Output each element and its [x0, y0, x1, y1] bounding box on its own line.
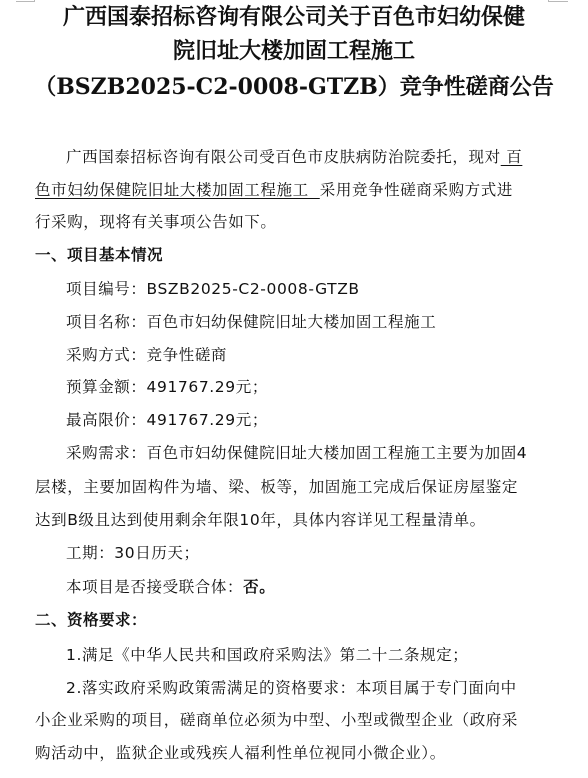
field-label: 采购方式： [66, 346, 147, 364]
field-value: 百色市妇幼保健院旧址大楼加固工程施工 [147, 313, 437, 331]
crop-mark-top-left-v [34, 0, 35, 2]
field-label: 本项目是否接受联合体： [66, 578, 243, 596]
intro-text: 采用竞争性磋商采购方式进 [320, 181, 513, 199]
requirement-line-1: 采购需求：百色市妇幼保健院旧址大楼加固工程施工主要为加固4 [66, 443, 586, 463]
requirement-line-2: 层楼，主要加固构件为墙、梁、板等，加固施工完成后保证房屋鉴定 [35, 477, 555, 497]
project-name-underlined: 百 [501, 148, 523, 166]
field-value: 491767.29元； [147, 411, 268, 429]
section-heading-basic-info: 一、项目基本情况 [35, 245, 555, 265]
field-value: 否。 [243, 578, 275, 596]
intro-line-2: 色市妇幼保健院旧址大楼加固工程施工 采用竞争性磋商采购方式进 [35, 180, 555, 200]
field-consortium: 本项目是否接受联合体：否。 [66, 577, 586, 597]
field-procurement-method: 采购方式：竞争性磋商 [66, 345, 586, 365]
intro-line-3: 行采购，现将有关事项公告如下。 [35, 212, 555, 232]
field-duration: 工期：30日历天； [66, 543, 586, 563]
crop-mark-top-right-h [548, 1, 568, 2]
requirement-line-3: 达到B级且达到使用剩余年限10年，具体内容详见工程量清单。 [35, 510, 555, 530]
qualification-item-2-line-2: 小企业采购的项目，磋商单位必须为中型、小型或微型企业（政府采 [35, 710, 555, 730]
qualification-item-2-line-3: 购活动中，监狱企业或残疾人福利性单位视同小微企业）。 [35, 743, 555, 763]
field-value: 竞争性磋商 [147, 346, 228, 364]
project-name-underlined: 色市妇幼保健院旧址大楼加固工程施工 [35, 181, 320, 199]
field-label: 最高限价： [66, 411, 147, 429]
field-value: BSZB2025-C2-0008-GTZB [147, 280, 360, 298]
field-label: 预算金额： [66, 378, 147, 396]
field-value: 491767.29元； [147, 378, 268, 396]
section-heading-qualifications: 二、资格要求： [35, 610, 555, 630]
document-title-line-3: （BSZB2025-C2-0008-GTZB）竞争性磋商公告 [0, 75, 588, 99]
crop-mark-top-left-h [16, 1, 35, 2]
field-label: 项目编号： [66, 280, 147, 298]
qualification-item-2-line-1: 2.落实政府采购政策需满足的资格要求：本项目属于专门面向中 [66, 678, 586, 698]
intro-line-1: 广西国泰招标咨询有限公司受百色市皮肤病防治院委托，现对 百 [66, 147, 586, 167]
field-max-price: 最高限价：491767.29元； [66, 410, 586, 430]
field-budget-amount: 预算金额：491767.29元； [66, 377, 586, 397]
intro-text: 广西国泰招标咨询有限公司受百色市皮肤病防治院委托，现对 [66, 148, 501, 166]
field-label: 项目名称： [66, 313, 147, 331]
field-project-name: 项目名称：百色市妇幼保健院旧址大楼加固工程施工 [66, 312, 586, 332]
document-title-line-1: 广西国泰招标咨询有限公司关于百色市妇幼保健 [0, 5, 588, 29]
field-project-number: 项目编号：BSZB2025-C2-0008-GTZB [66, 279, 586, 299]
qualification-item-1: 1.满足《中华人民共和国政府采购法》第二十二条规定； [66, 645, 586, 665]
crop-mark-top-right-v [548, 0, 549, 2]
document-title-line-2: 院旧址大楼加固工程施工 [0, 39, 588, 63]
